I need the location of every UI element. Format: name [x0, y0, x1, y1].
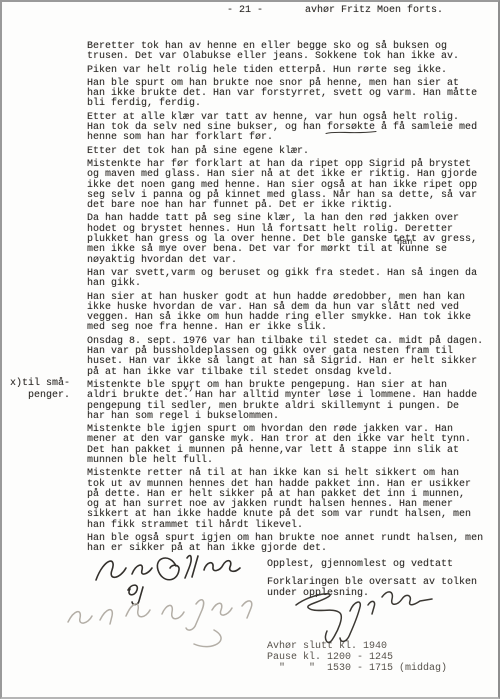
paragraph: Piken var helt rolig hele tiden etterpå.…	[87, 66, 495, 76]
paragraph: Beretter tok han av henne en eller begge…	[87, 42, 495, 63]
paragraph: Han sier at han husker godt at hun hadde…	[87, 293, 495, 334]
hand-underline	[325, 130, 377, 135]
document-page: - 21 - avhør Fritz Moen forts. Beretter …	[0, 0, 500, 699]
paragraph: Etter det tok han på sine egene klær.	[87, 147, 495, 157]
suspect-signature	[292, 587, 464, 653]
paragraph: Han var svett,varm og beruset og gikk fr…	[87, 269, 495, 290]
paragraph: Mistenkte ble spurt om han brukte pengep…	[87, 381, 495, 422]
closing-statement: Opplest, gjennomlest og vedtatt	[267, 560, 453, 570]
document-body: Beretter tok han av henne en eller begge…	[87, 42, 495, 558]
witness-signature	[64, 592, 276, 658]
footnote-mark: x)	[183, 384, 193, 393]
paragraph: Da han hadde tatt på seg sine klær, la h…	[87, 214, 495, 265]
paragraph: Etter at alle klær var tatt av henne, va…	[87, 113, 495, 144]
inserted-word-above-line: han	[397, 238, 412, 247]
page-number: - 21 -	[227, 6, 263, 16]
paragraph: Mistenkte ble igjen spurt om hvordan den…	[87, 425, 495, 466]
paragraph: Han ble spurt om han brukte noe snor på …	[87, 79, 495, 110]
paragraph: Mistenkte retter nå til at han ikke kan …	[87, 469, 495, 531]
header-title: avhør Fritz Moen forts.	[305, 6, 443, 16]
paragraph: Mistenkte har før forklart at han da rip…	[87, 160, 495, 211]
paragraph: Onsdag 8. sept. 1976 var han tilbake til…	[87, 337, 495, 378]
margin-note: x)til små- penger.	[10, 378, 70, 402]
